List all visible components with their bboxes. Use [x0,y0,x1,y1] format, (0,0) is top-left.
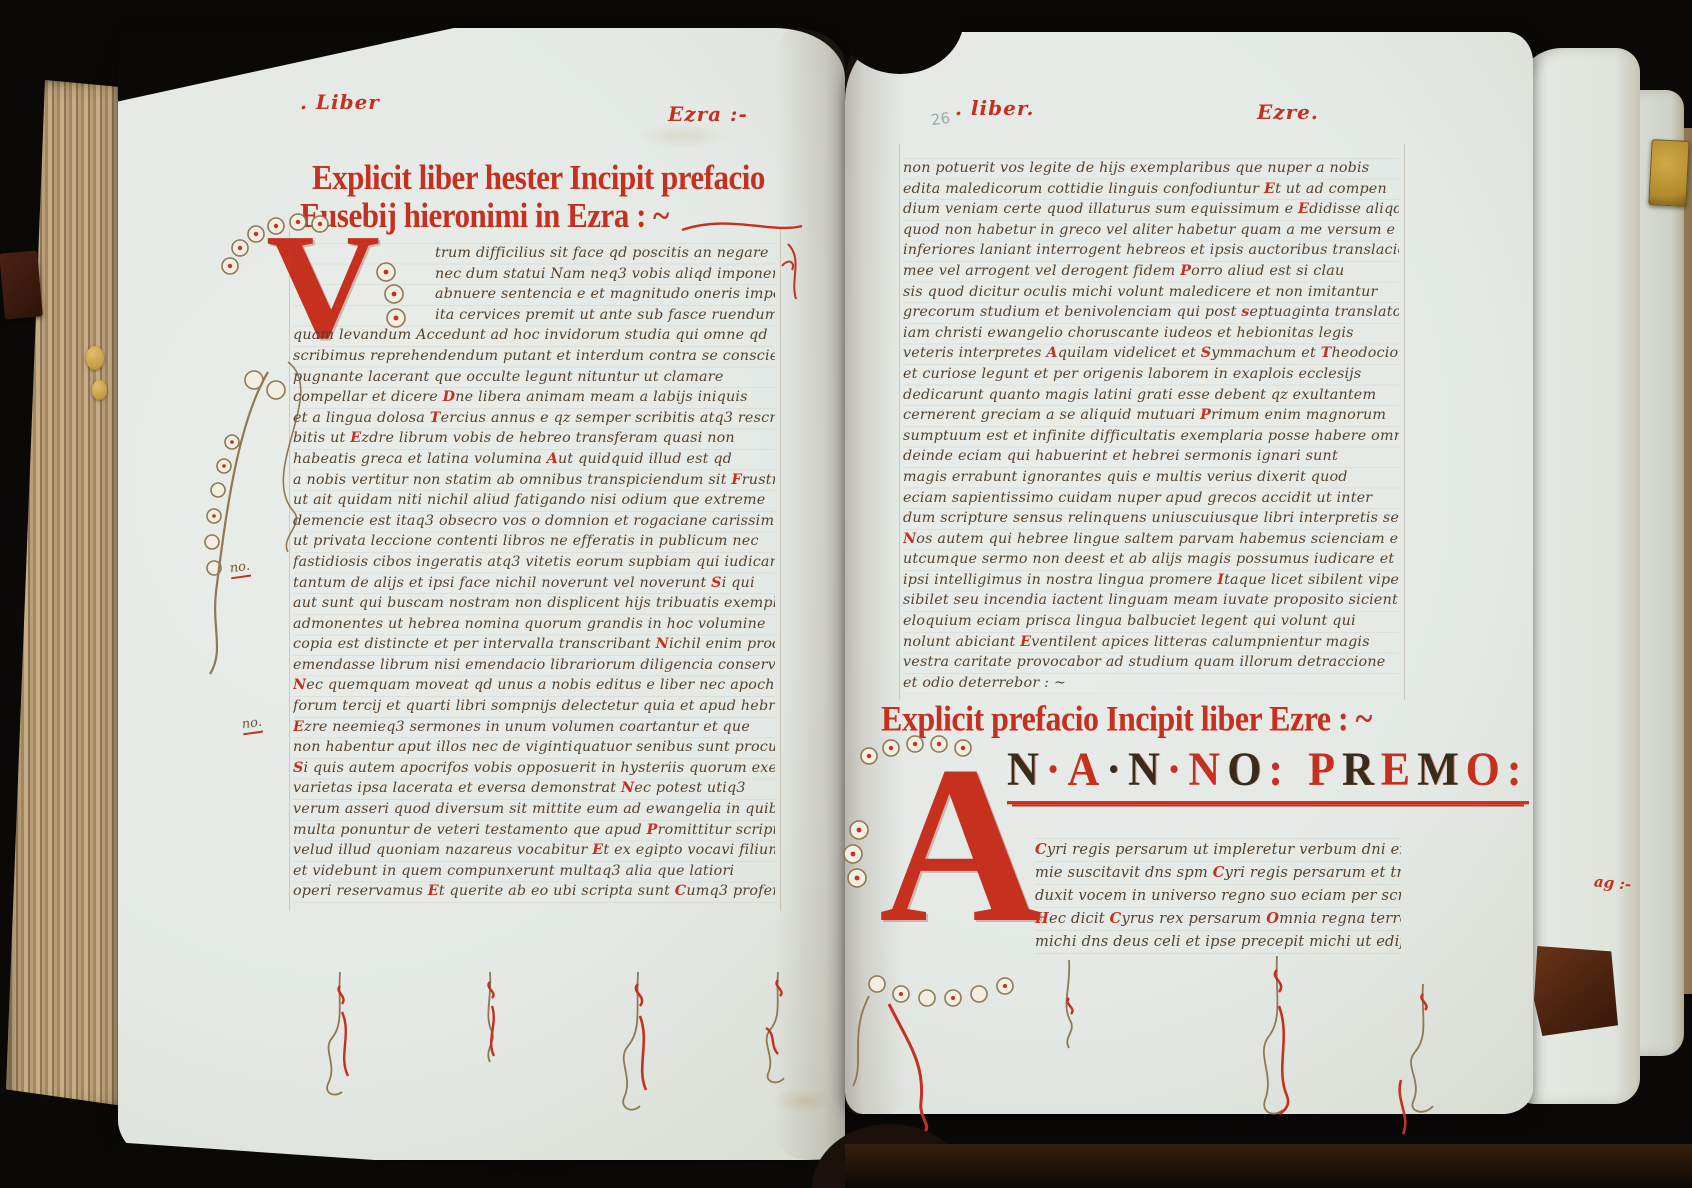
leather-index-tab-left [0,250,43,319]
manuscript-text-line: grecorum studium et benivolenciam qui po… [903,302,1399,323]
parchment-stain [638,123,728,149]
running-title-ezre-right: Ezre. [1257,100,1319,124]
manuscript-text-line: dedicarunt quanto magis latini grati ess… [903,385,1399,406]
manuscript-text-line: cernerent greciam a se aliquid mutuari P… [903,405,1399,426]
manuscript-text-line: ut ait quidam niti nichil aliud fatigand… [293,490,775,511]
manuscript-text-line: bitis ut Ezdre librum vobis de hebreo tr… [293,428,775,449]
manuscript-text-line: sumptuum est et infinite difficultatis e… [903,426,1399,447]
display-capital: P [1308,743,1342,796]
descender-flourish [1049,960,1089,1070]
display-capital: N [1188,743,1227,796]
manuscript-text-line: quod non habetur in greco vel aliter hab… [903,220,1399,241]
manuscript-text-line: dum scripture sensus relinquens uniuscui… [903,508,1399,529]
right-manuscript-page: . liber. 26 Ezre. non potuerit vos legit… [845,32,1533,1114]
left-text-block: trum difficilius sit face qd poscitis an… [293,243,775,905]
display-capital: R [1342,743,1381,796]
manuscript-text-line: magis errabunt ignorantes quis e multis … [903,467,1399,488]
manuscript-text-line: Nos autem qui hebree lingue saltem parva… [903,529,1399,550]
manuscript-text-line: non habentur aput illos nec de vigintiqu… [293,737,775,758]
manuscript-text-line: demencie est itaq3 obsecro vos o domnion… [293,511,775,532]
decorated-initial-A: A [849,750,1044,1025]
manuscript-text-line: non potuerit vos legite de hijs exemplar… [903,158,1399,179]
manuscript-text-line: ut privata leccione contenti libros ne e… [293,531,775,552]
manuscript-text-line: veteris interpretes Aquilam videlicet et… [903,343,1399,364]
manuscript-text-line: Ezre neemieq3 sermones in unum volumen c… [293,717,775,738]
running-title-ezra-left: Ezra :- [668,102,748,126]
display-capital: · [1167,743,1189,796]
descender-flourish [1253,956,1301,1136]
display-capital: E [1381,743,1417,796]
manuscript-text-line: nec dum statui Nam neq3 vobis aliqd impo… [293,264,775,285]
manuscript-text-line: sibilet seu incendia iactent linguam mea… [903,590,1399,611]
manuscript-text-line: pugnante lacerant que occulte legunt nit… [293,367,775,388]
manuscript-text-line: habeatis greca et latina volumina Aut qu… [293,449,775,470]
manuscript-text-line: eciam sapientissimo cuidam nuper apud gr… [903,488,1399,509]
manuscript-text-line: velud illud quoniam nazareus vocabitur E… [293,840,775,861]
manuscript-text-line: admonentes ut hebrea nomina quorum grand… [293,614,775,635]
display-capital: · [1106,743,1128,796]
manuscript-text-line: iam christi ewangelio choruscante iudeos… [903,323,1399,344]
display-capital: O [1227,743,1268,796]
manuscript-text-line: mie suscitavit dns spm Cyri regis persar… [1035,861,1401,884]
manuscript-text-line: ita cervices premit ut ante sub fasce ru… [293,305,775,326]
manuscript-text-line: Hec dicit Cyrus rex persarum Omnia regna… [1035,907,1401,930]
manuscript-text-line: scribimus reprehendendum putant et inter… [293,346,775,367]
parchment-stain [773,1088,833,1114]
display-capital: : [1268,743,1290,796]
manuscript-text-line: quam levandum Accedunt ad hoc invidorum … [293,325,775,346]
left-manuscript-page: . Liber Ezra :- Explicit liber hester In… [118,28,845,1160]
descender-flourish [1393,984,1453,1144]
manuscript-text-line: eloquium eciam prisca lingua balbuciet l… [903,611,1399,632]
manuscript-text-line: et a lingua dolosa Tercius annus e qz se… [293,408,775,429]
manuscript-text-line: trum difficilius sit face qd poscitis an… [293,243,775,264]
manuscript-text-line: varietas ipsa lacerata et eversa demonst… [293,778,775,799]
manuscript-text-line: emendasse librum nisi emendacio librario… [293,655,775,676]
manuscript-text-line: fastidiosis cibos ingeratis atq3 vitetis… [293,552,775,573]
manuscript-text-line: multa ponuntur de veteri testamento que … [293,820,775,841]
manuscript-text-line: tantum de alijs et ipsi face nichil nove… [293,573,775,594]
manuscript-text-line: aut sunt qui buscam nostram non displice… [293,593,775,614]
manuscript-text-line: Nec quemquam moveat qd unus a nobis edit… [293,675,775,696]
running-title-liber-left: . Liber [300,90,380,114]
display-capital: : [1507,743,1529,796]
manuscript-text-line: dium veniam certe quod illaturus sum equ… [903,199,1399,220]
incipit-display-capitals: N·A·N·NO: PREMO: [1007,742,1529,805]
margin-note-nota-2: no. [241,715,263,736]
manuscript-text-line: verum asseri quod diversum sit mittite e… [293,799,775,820]
binding-board-bottom [845,1144,1692,1188]
manuscript-text-line: mee vel arrogent vel derogent fidem Porr… [903,261,1399,282]
manuscript-text-line: deinde eciam qui habuerint et hebrei ser… [903,446,1399,467]
descender-flourish [470,972,514,1092]
manuscript-text-line: et curiose legunt et per origenis labore… [903,364,1399,385]
manuscript-text-line: Si quis autem apocrifos vobis opposuerit… [293,758,775,779]
right-text-block: non potuerit vos legite de hijs exemplar… [903,158,1399,694]
display-capital [1290,743,1308,796]
manuscript-text-line: sis quod dicitur oculis michi volunt mal… [903,282,1399,303]
rubric-explicit-hester: Explicit liber hester Incipit prefacio [312,158,765,198]
manuscript-text-line: vestra caritate provocabor ad studium qu… [903,652,1399,673]
folio-number-pencil: 26 [930,109,951,129]
manuscript-text-line: abnuere sentencia e et magnitudo oneris … [293,284,775,305]
manuscript-text-line: copia est distincte et per intervalla tr… [293,634,775,655]
display-capital: N [1128,743,1167,796]
manuscript-text-line: et videbunt in quem compunxerunt multaq3… [293,861,775,882]
amber-index-tab-right-edge [1648,139,1689,207]
photograph-background: ag :- . Liber Ezra :- Explicit liber hes… [0,0,1692,1188]
manuscript-text-line: duxit vocem in universo regno suo eciam … [1035,884,1401,907]
manuscript-text-line: utcumque sermo non deest et ab alijs mag… [903,549,1399,570]
margin-note-nota-1: no. [229,559,251,580]
manuscript-text-line: edita maledicorum cottidie linguis confo… [903,179,1399,200]
right-indent-text-block: Cyri regis persarum ut impleretur verbum… [1035,838,1401,956]
display-capital: M [1417,743,1466,796]
manuscript-text-line: compellar et dicere Dne libera animam me… [293,387,775,408]
wax-drop-left-edge [92,380,107,400]
manuscript-text-line: nolunt abiciant Eventilent apices litter… [903,632,1399,653]
descender-flourish [612,972,660,1122]
display-capital: O [1466,743,1507,796]
manuscript-text-line: a nobis vertitur non statim ab omnibus t… [293,470,775,491]
running-title-liber-right: . liber. [955,96,1035,120]
manuscript-text-line: operi reservamus Et querite ab eo ubi sc… [293,881,775,902]
manuscript-text-line: et odio deterrebor : ~ [903,673,1399,694]
descender-flourish [754,972,802,1102]
manuscript-text-line: Cyri regis persarum ut impleretur verbum… [1035,838,1401,861]
manuscript-text-line: ipsi intelligimus in nostra lingua prome… [903,570,1399,591]
wax-drop-left-edge [86,346,104,370]
fore-edge-red-note: ag :- [1593,872,1632,893]
manuscript-text-line: michi dns deus celi et ipse precepit mic… [1035,930,1401,953]
manuscript-text-line: inferiores laniant interrogent hebreos e… [903,240,1399,261]
leather-tab-right-page [1534,946,1618,1036]
manuscript-text-line: forum tercij et quarti libri sompnijs de… [293,696,775,717]
next-leaf-edge-inner [1516,48,1640,1104]
initial-letter-A: A [879,714,1042,974]
descender-flourish [318,972,362,1112]
